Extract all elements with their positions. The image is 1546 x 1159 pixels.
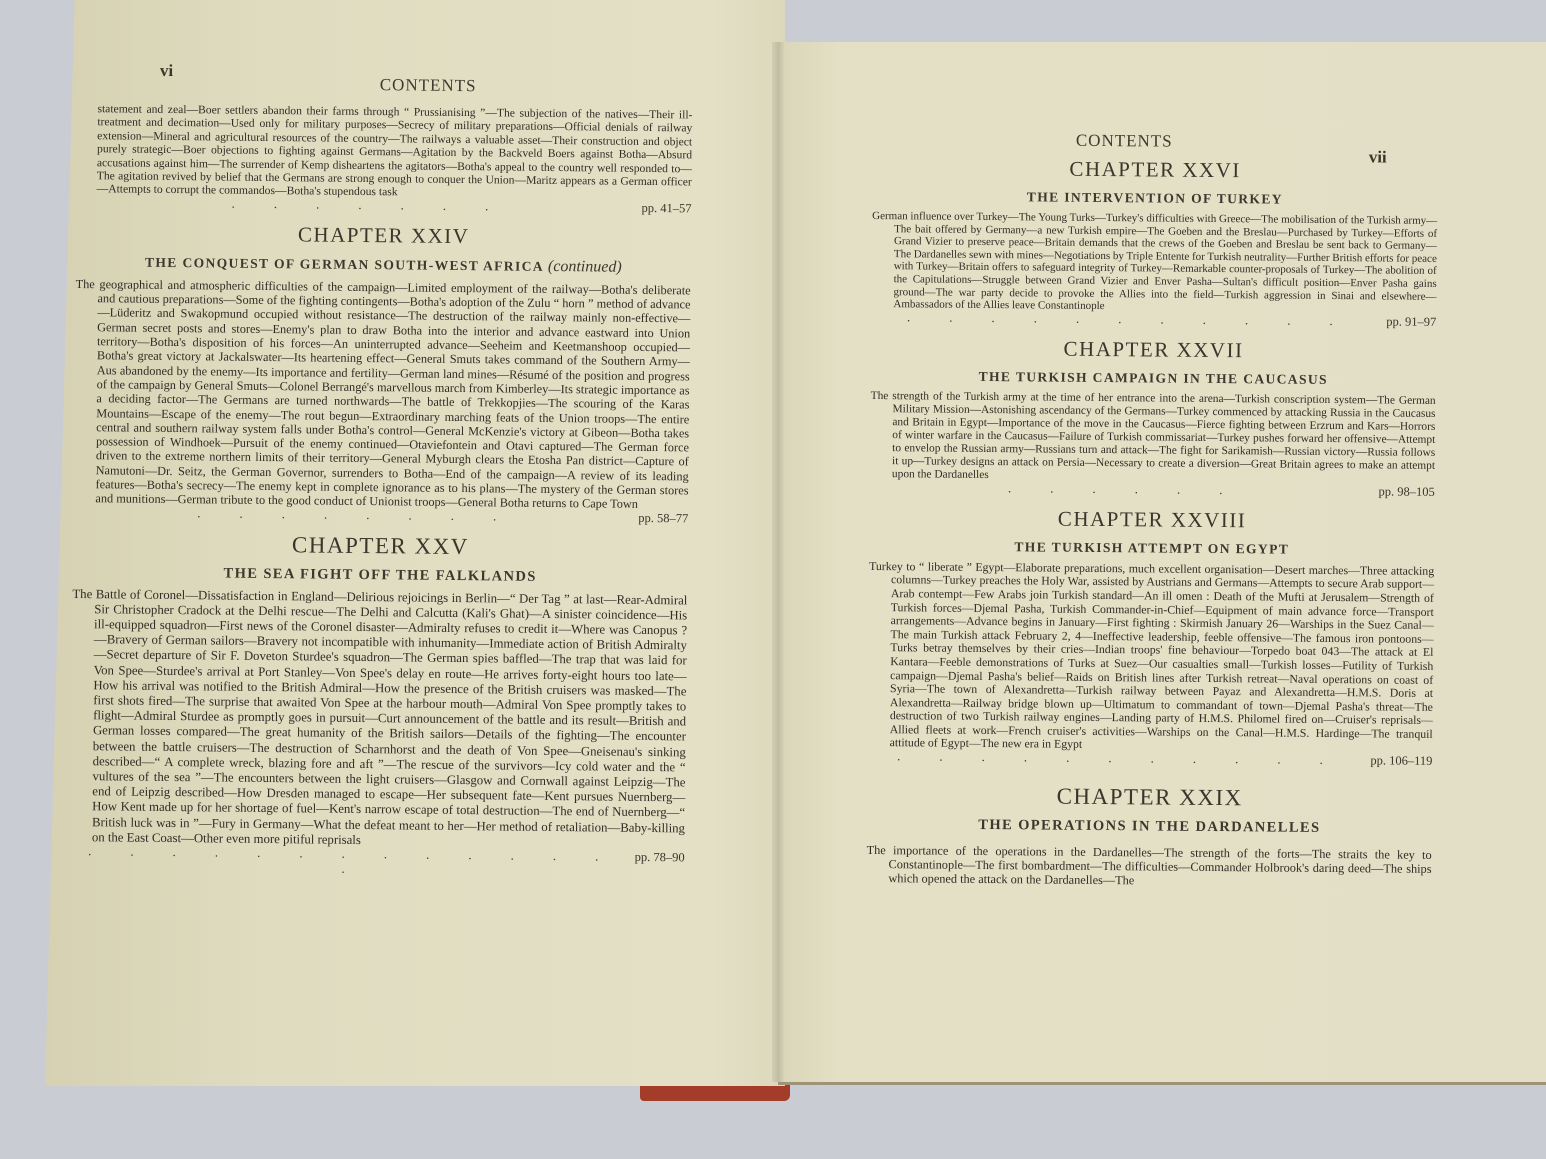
toc-entry-continued: statement and zeal—Boer settlers abandon… <box>76 102 692 216</box>
chapter-title-suffix: (continued) <box>548 258 622 276</box>
toc-entry-chapter-xxiv[interactable]: CHAPTER XXIV THE CONQUEST OF GERMAN SOUT… <box>73 220 691 526</box>
page-number: vi <box>160 61 173 81</box>
chapter-title: THE TURKISH ATTEMPT ON EGYPT <box>869 538 1434 559</box>
chapter-number: CHAPTER XXVIII <box>869 505 1434 535</box>
chapter-summary: The importance of the operations in the … <box>866 843 1431 891</box>
chapter-number: CHAPTER XXVII <box>871 335 1436 365</box>
chapter-number: CHAPTER XXVI <box>873 155 1438 185</box>
page-range: pp. 41–57 <box>641 201 691 217</box>
page-range: pp. 58–77 <box>638 510 688 526</box>
chapter-summary: German influence over Turkey—The Young T… <box>871 210 1437 316</box>
chapter-title-text: THE CONQUEST OF GERMAN SOUTH-WEST AFRICA <box>145 255 543 274</box>
chapter-summary: The Battle of Coronel—Dissatisfaction in… <box>70 587 688 852</box>
dot-leader: . . . . . . <box>870 480 1379 499</box>
toc-entry-chapter-xxvi[interactable]: CHAPTER XXVI THE INTERVENTION OF TURKEY … <box>871 155 1437 330</box>
page-range: pp. 91–97 <box>1386 314 1436 329</box>
right-page-contents: CONTENTS vii CHAPTER XXVI THE INTERVENTI… <box>866 125 1438 891</box>
left-page-contents: vi CONTENTS statement and zeal—Boer sett… <box>69 60 692 880</box>
chapter-title: THE CONQUEST OF GERMAN SOUTH-WEST AFRICA… <box>76 253 691 277</box>
chapter-title: THE TURKISH CAMPAIGN IN THE CAUCASUS <box>871 368 1436 389</box>
chapter-summary: statement and zeal—Boer settlers abandon… <box>97 102 693 202</box>
chapter-number: CHAPTER XXIX <box>867 782 1432 813</box>
right-page-header: CONTENTS vii <box>873 125 1438 158</box>
page-range: pp. 106–119 <box>1370 753 1432 769</box>
toc-entry-chapter-xxviii[interactable]: CHAPTER XXVIII THE TURKISH ATTEMPT ON EG… <box>867 505 1434 769</box>
page-range: pp. 98–105 <box>1379 484 1435 499</box>
dot-leader: . . . . . . . . . . . <box>871 310 1386 329</box>
toc-entry-chapter-xxvii[interactable]: CHAPTER XXVII THE TURKISH CAMPAIGN IN TH… <box>870 335 1436 500</box>
chapter-number: CHAPTER XXV <box>73 530 688 562</box>
page-range-row: . . . . . . . . . . . . . . pp. 78–90 <box>69 844 684 880</box>
chapter-title: THE INTERVENTION OF TURKEY <box>872 188 1437 209</box>
chapter-title: THE SEA FIGHT OFF THE FALKLANDS <box>73 564 688 587</box>
chapter-summary: The geographical and atmospheric difficu… <box>73 277 690 512</box>
page-number: vii <box>1369 147 1387 167</box>
chapter-summary: The strength of the Turkish army at the … <box>870 390 1436 486</box>
dot-leader: . . . . . . . . . . . <box>867 749 1370 768</box>
chapter-title: THE OPERATIONS IN THE DARDANELLES <box>867 816 1432 838</box>
toc-entry-chapter-xxix[interactable]: CHAPTER XXIX THE OPERATIONS IN THE DARDA… <box>866 782 1432 891</box>
book-spine-gutter <box>772 42 784 1082</box>
running-head: CONTENTS <box>1076 131 1173 152</box>
toc-entry-chapter-xxv[interactable]: CHAPTER XXV THE SEA FIGHT OFF THE FALKLA… <box>69 530 688 881</box>
dot-leader: . . . . . . . . . . . . . . <box>69 844 634 880</box>
running-head: CONTENTS <box>380 75 477 96</box>
left-page-header: vi CONTENTS <box>78 60 693 94</box>
chapter-number: CHAPTER XXIV <box>76 220 691 251</box>
page-range: pp. 78–90 <box>634 850 684 881</box>
chapter-summary: Turkey to “ liberate ” Egypt—Elaborate p… <box>868 560 1435 755</box>
